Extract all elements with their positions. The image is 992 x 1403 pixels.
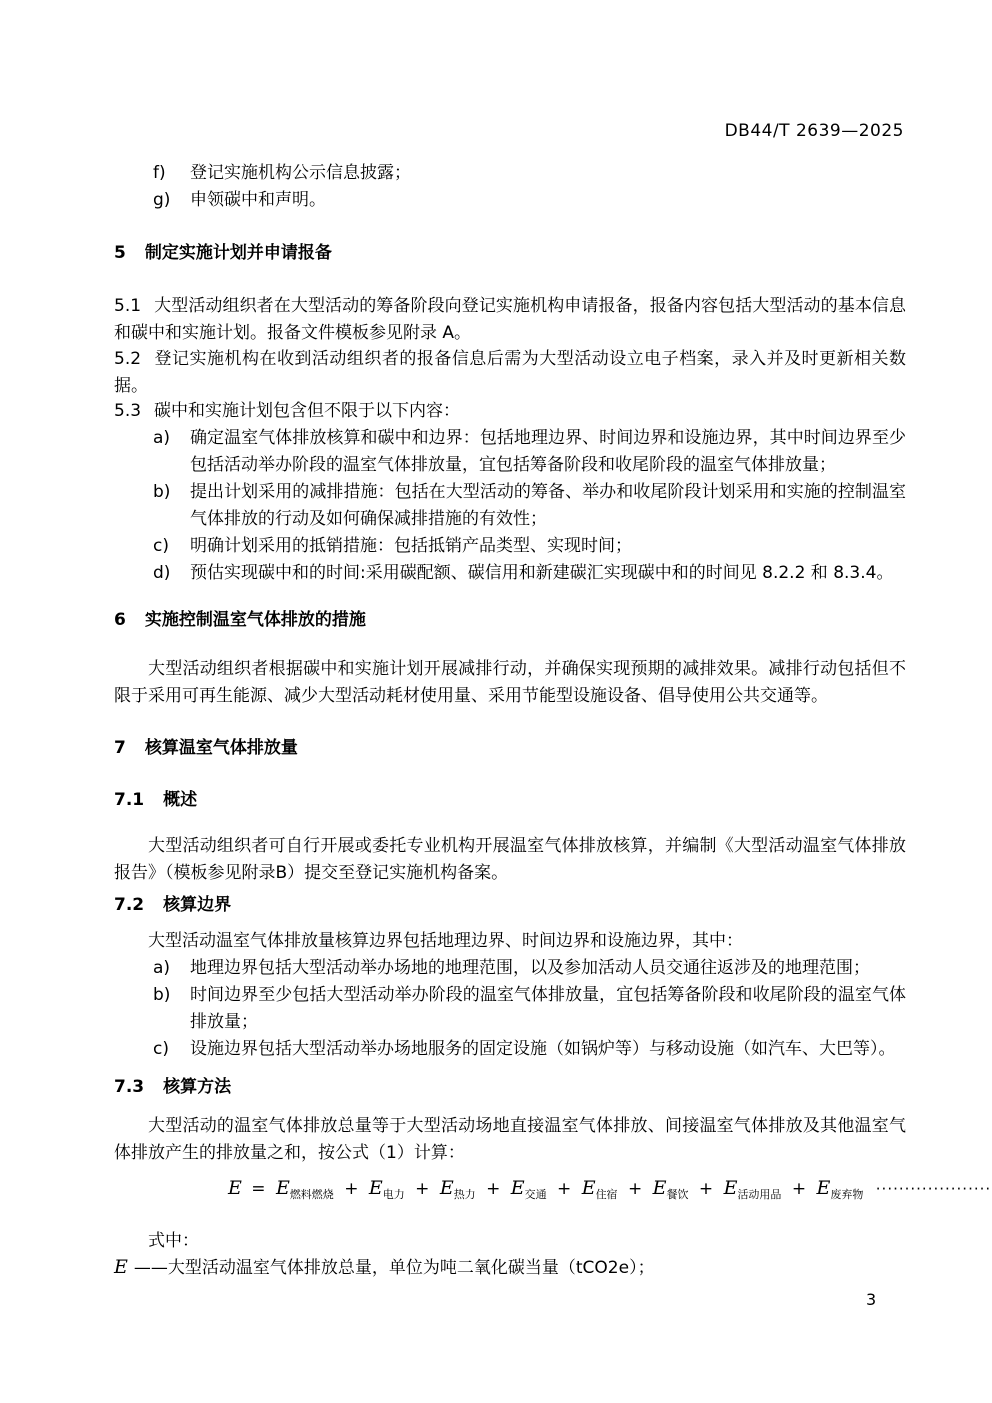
dot-leader: ·····················: [876, 1180, 992, 1198]
list-marker: f): [153, 160, 190, 187]
clause-text: 登记实施机构在收到活动组织者的报备信息后需为大型活动设立电子档案，录入并及时更新…: [114, 349, 906, 396]
list-marker: a): [153, 955, 190, 982]
equation-term: E活动用品: [724, 1179, 782, 1199]
equation-term: E废弃物: [817, 1179, 864, 1199]
list-marker: a): [153, 425, 190, 479]
term-subscript: 燃料燃烧: [290, 1188, 334, 1201]
term-subscript: 电力: [383, 1188, 405, 1201]
section-title: 实施控制温室气体排放的措施: [145, 610, 366, 630]
section-number: 5: [114, 243, 126, 263]
list-marker: c): [153, 533, 190, 560]
equation-term: E餐饮: [653, 1179, 689, 1199]
term-base: E: [276, 1177, 290, 1199]
page-number: 3: [866, 1286, 876, 1313]
term-base: E: [653, 1177, 667, 1199]
list-item-g: g) 申领碳中和声明。: [153, 187, 906, 214]
section-7-heading: 7核算温室气体排放量: [114, 736, 906, 760]
term-subscript: 活动用品: [737, 1188, 781, 1201]
list-marker: b): [153, 479, 190, 533]
section-6-heading: 6实施控制温室气体排放的措施: [114, 608, 906, 632]
equation-term: E住宿: [582, 1179, 618, 1199]
section-7-1-heading: 7.1概述: [114, 788, 906, 812]
list-marker: b): [153, 982, 190, 1036]
list-item-text: 明确计划采用的抵销措施：包括抵销产品类型、实现时间；: [190, 533, 906, 560]
plus-sign: +: [792, 1179, 806, 1199]
term-base: E: [817, 1177, 831, 1199]
list-item-text: 地理边界包括大型活动举办场地的地理范围，以及参加活动人员交通往返涉及的地理范围；: [190, 955, 906, 982]
list-item-d: d) 预估实现碳中和的时间:采用碳配额、碳信用和新建碳汇实现碳中和的时间见 8.…: [153, 560, 906, 587]
list-marker: d): [153, 560, 190, 587]
section-number: 7.2: [114, 895, 144, 915]
list-item-f: f) 登记实施机构公示信息披露；: [153, 160, 906, 187]
section-7-3-heading: 7.3核算方法: [114, 1075, 906, 1099]
clause-text: 大型活动组织者在大型活动的筹备阶段向登记实施机构申请报备，报备内容包括大型活动的…: [114, 296, 906, 343]
clause-5-1: 5.1大型活动组织者在大型活动的筹备阶段向登记实施机构申请报备，报备内容包括大型…: [114, 293, 906, 347]
term-subscript: 交通: [525, 1188, 547, 1201]
section-number: 7.3: [114, 1077, 144, 1097]
term-subscript: 餐饮: [667, 1188, 689, 1201]
list-item-text: 时间边界至少包括大型活动举办阶段的温室气体排放量，宜包括筹备阶段和收尾阶段的温室…: [190, 982, 906, 1036]
equation-term: E热力: [440, 1179, 476, 1199]
plus-sign: +: [699, 1179, 713, 1199]
where-text: 大型活动温室气体排放总量，单位为吨二氧化碳当量（tCO2e）；: [168, 1258, 655, 1278]
list-item-text: 设施边界包括大型活动举办场地服务的固定设施（如锅炉等）与移动设施（如汽车、大巴等…: [190, 1036, 906, 1063]
plus-sign: +: [344, 1179, 358, 1199]
section-7-2-list: a) 地理边界包括大型活动举办场地的地理范围，以及参加活动人员交通往返涉及的地理…: [114, 955, 906, 1063]
section-title: 概述: [163, 790, 197, 810]
section-5-list: a) 确定温室气体排放核算和碳中和边界：包括地理边界、时间边界和设施边界，其中时…: [114, 425, 906, 587]
list-marker: c): [153, 1036, 190, 1063]
section-number: 6: [114, 610, 126, 630]
where-item-E: E——大型活动温室气体排放总量，单位为吨二氧化碳当量（tCO2e）；: [114, 1254, 906, 1282]
section-7-3-paragraph: 大型活动的温室气体排放总量等于大型活动场地直接温室气体排放、间接温室气体排放及其…: [114, 1113, 906, 1167]
section-7-2-heading: 7.2核算边界: [114, 893, 906, 917]
section-title: 核算方法: [163, 1077, 231, 1097]
section-title: 制定实施计划并申请报备: [145, 243, 332, 263]
clause-number: 5.3: [114, 401, 141, 421]
equation-lhs: E: [228, 1177, 242, 1199]
term-base: E: [724, 1177, 738, 1199]
section-7-1-paragraph: 大型活动组织者可自行开展或委托专业机构开展温室气体排放核算，并编制《大型活动温室…: [114, 833, 906, 887]
list-item-b: b) 时间边界至少包括大型活动举办阶段的温室气体排放量，宜包括筹备阶段和收尾阶段…: [153, 982, 906, 1036]
section-7-2-paragraph: 大型活动温室气体排放量核算边界包括地理边界、时间边界和设施边界，其中：: [114, 928, 906, 955]
term-base: E: [440, 1177, 454, 1199]
where-intro: 式中：: [114, 1228, 906, 1255]
term-base: E: [511, 1177, 525, 1199]
clause-5-3: 5.3碳中和实施计划包含但不限于以下内容：: [114, 398, 906, 425]
section-number: 7: [114, 738, 126, 758]
clause-number: 5.1: [114, 296, 141, 316]
plus-sign: +: [557, 1179, 571, 1199]
section-title: 核算温室气体排放量: [145, 738, 298, 758]
list-item-text: 登记实施机构公示信息披露；: [190, 160, 906, 187]
term-subscript: 住宿: [596, 1188, 618, 1201]
section-title: 核算边界: [163, 895, 231, 915]
list-item-text: 提出计划采用的减排措施：包括在大型活动的筹备、举办和收尾阶段计划采用和实施的控制…: [190, 479, 906, 533]
list-item-c: c) 明确计划采用的抵销措施：包括抵销产品类型、实现时间；: [153, 533, 906, 560]
plus-sign: +: [415, 1179, 429, 1199]
symbol-E: E: [114, 1256, 128, 1278]
list-item-text: 预估实现碳中和的时间:采用碳配额、碳信用和新建碳汇实现碳中和的时间见 8.2.2…: [190, 560, 906, 587]
equation-1: E = E燃料燃烧 + E电力 + E热力 + E交通 + E住宿 + E餐饮 …: [228, 1175, 992, 1208]
term-subscript: 热力: [454, 1188, 476, 1201]
intro-list: f) 登记实施机构公示信息披露； g) 申领碳中和声明。: [114, 160, 906, 214]
clause-text: 碳中和实施计划包含但不限于以下内容：: [154, 401, 460, 421]
clause-5-2: 5.2登记实施机构在收到活动组织者的报备信息后需为大型活动设立电子档案，录入并及…: [114, 346, 906, 400]
doc-number: DB44/T 2639—2025: [725, 118, 904, 145]
equals-sign: =: [251, 1179, 265, 1199]
list-item-text: 确定温室气体排放核算和碳中和边界：包括地理边界、时间边界和设施边界，其中时间边界…: [190, 425, 906, 479]
term-base: E: [369, 1177, 383, 1199]
section-number: 7.1: [114, 790, 144, 810]
term-subscript: 废弃物: [830, 1188, 863, 1201]
clause-number: 5.2: [114, 349, 141, 369]
section-6-paragraph: 大型活动组织者根据碳中和实施计划开展减排行动，并确保实现预期的减排效果。减排行动…: [114, 656, 906, 710]
document-page: DB44/T 2639—2025 f) 登记实施机构公示信息披露； g) 申领碳…: [0, 0, 992, 1403]
list-item-a: a) 确定温室气体排放核算和碳中和边界：包括地理边界、时间边界和设施边界，其中时…: [153, 425, 906, 479]
section-5-heading: 5制定实施计划并申请报备: [114, 241, 906, 265]
list-item-c: c) 设施边界包括大型活动举办场地服务的固定设施（如锅炉等）与移动设施（如汽车、…: [153, 1036, 906, 1063]
plus-sign: +: [628, 1179, 642, 1199]
list-marker: g): [153, 187, 190, 214]
list-item-a: a) 地理边界包括大型活动举办场地的地理范围，以及参加活动人员交通往返涉及的地理…: [153, 955, 906, 982]
plus-sign: +: [486, 1179, 500, 1199]
where-dash: ——: [134, 1258, 168, 1278]
equation-term: E电力: [369, 1179, 405, 1199]
list-item-text: 申领碳中和声明。: [190, 187, 906, 214]
term-base: E: [582, 1177, 596, 1199]
equation-term: E交通: [511, 1179, 547, 1199]
list-item-b: b) 提出计划采用的减排措施：包括在大型活动的筹备、举办和收尾阶段计划采用和实施…: [153, 479, 906, 533]
equation-term: E燃料燃烧: [276, 1179, 334, 1199]
